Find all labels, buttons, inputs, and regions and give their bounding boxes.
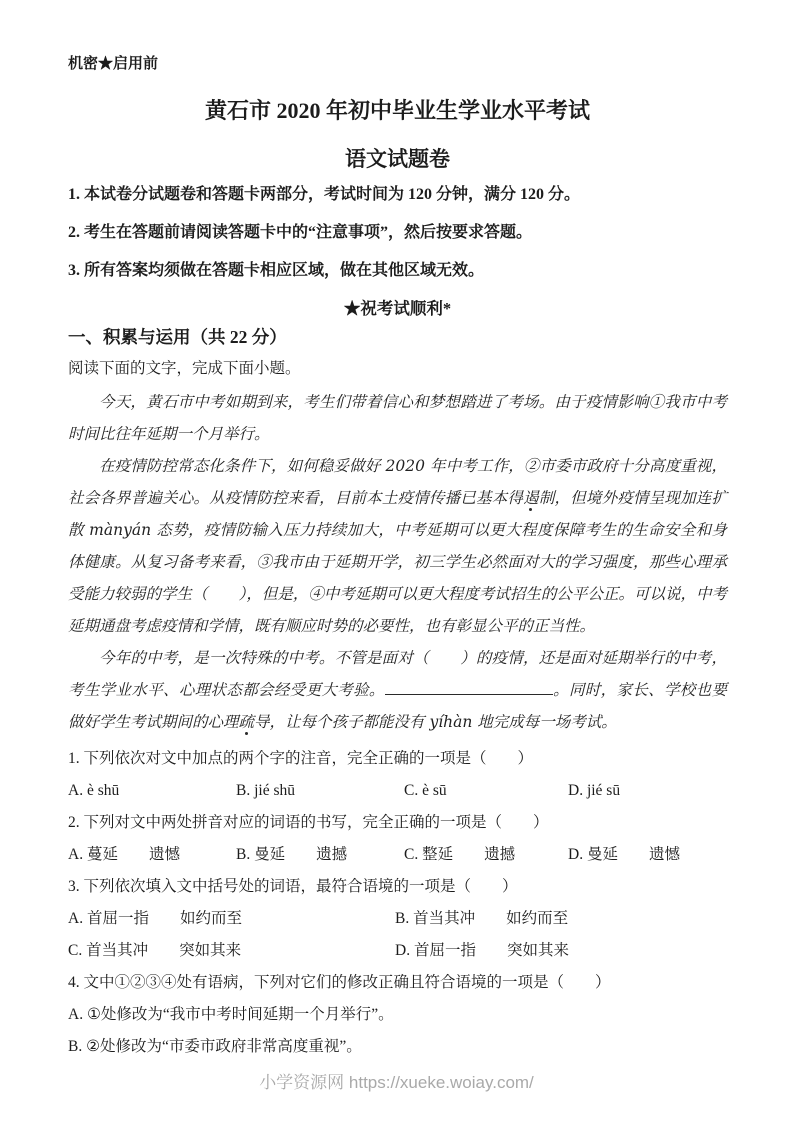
question-1-stem: 1. 下列依次对文中加点的两个字的注音，完全正确的一项是（ ） <box>68 748 727 770</box>
exam-title: 黄石市 2020 年初中毕业生学业水平考试 <box>68 96 727 126</box>
exam-instructions: 1. 本试卷分试题卷和答题卡两部分，考试时间为 120 分钟，满分 120 分。… <box>68 184 727 282</box>
exam-paper-page: 机密★启用前 黄石市 2020 年初中毕业生学业水平考试 语文试题卷 1. 本试… <box>0 0 793 1122</box>
question-1-option-c: C. è sū <box>404 780 568 802</box>
question-2-option-b: B. 曼延 遗撼 <box>236 844 404 866</box>
question-2-option-a: A. 蔓延 遗憾 <box>68 844 236 866</box>
dotted-char-e: 遏 <box>523 489 539 507</box>
answer-blank <box>385 679 553 695</box>
question-1-option-d: D. jié sū <box>568 780 727 802</box>
question-1-option-b: B. jié shū <box>236 780 404 802</box>
instruction-line-1: 1. 本试卷分试题卷和答题卡两部分，考试时间为 120 分钟，满分 120 分。 <box>68 184 727 206</box>
question-1-option-a: A. è shū <box>68 780 236 802</box>
question-2-stem: 2. 下列对文中两处拼音对应的词语的书写，完全正确的一项是（ ） <box>68 812 727 834</box>
dotted-char-shu: 疏 <box>239 713 255 731</box>
instruction-line-3: 3. 所有答案均须做在答题卡相应区域，做在其他区域无效。 <box>68 260 727 282</box>
section-heading: 一、积累与运用（共 22 分） <box>68 326 727 348</box>
question-1-options: A. è shū B. jié shū C. è sū D. jié sū <box>68 780 727 802</box>
question-3-option-c: C. 首当其冲 突如其来 <box>68 940 395 962</box>
question-3-stem: 3. 下列依次填入文中括号处的词语，最符合语境的一项是（ ） <box>68 876 727 898</box>
question-4-stem: 4. 文中①②③④处有语病，下列对它们的修改正确且符合语境的一项是（ ） <box>68 972 727 994</box>
passage-paragraph-3: 今年的中考，是一次特殊的中考。不管是面对（ ）的疫情，还是面对延期举行的中考，考… <box>68 642 727 738</box>
question-2-options: A. 蔓延 遗憾 B. 曼延 遗撼 C. 整延 遗撼 D. 曼延 遗憾 <box>68 844 727 866</box>
question-4-option-a: A. ①处修改为“我市中考时间延期一个月举行”。 <box>68 1004 727 1026</box>
confidential-label: 机密★启用前 <box>68 54 727 74</box>
passage-paragraph-1: 今天，黄石市中考如期到来，考生们带着信心和梦想踏进了考场。由于疫情影响①我市中考… <box>68 386 727 450</box>
question-3-option-a: A. 首屈一指 如约而至 <box>68 908 395 930</box>
passage-text: 制，但境外疫情呈现加连扩散 mànyán 态势，疫情防输入压力持续加大，中考延期… <box>68 489 727 635</box>
question-2-option-d: D. 曼延 遗憾 <box>568 844 727 866</box>
footer-watermark: 小学资源网 https://xueke.woiay.com/ <box>0 1072 793 1094</box>
passage-lead-in: 阅读下面的文字，完成下面小题。 <box>68 359 727 379</box>
question-3-options-row-2: C. 首当其冲 突如其来 D. 首屈一指 突如其来 <box>68 940 727 962</box>
passage-text: 导，让每个孩子都能没有 yíhàn 地完成每一场考试。 <box>254 713 617 731</box>
good-luck-line: ★祝考试顺利* <box>68 298 727 320</box>
instruction-line-2: 2. 考生在答题前请阅读答题卡中的“注意事项”，然后按要求答题。 <box>68 222 727 244</box>
question-3-option-b: B. 首当其冲 如约而至 <box>395 908 727 930</box>
passage-text: 今天，黄石市中考如期到来，考生们带着信心和梦想踏进了考场。由于疫情影响①我市中考… <box>68 393 727 443</box>
passage-paragraph-2: 在疫情防控常态化条件下，如何稳妥做好 2020 年中考工作，②市委市政府十分高度… <box>68 450 727 642</box>
question-4-option-b: B. ②处修改为“市委市政府非常高度重视”。 <box>68 1036 727 1058</box>
paper-subtitle: 语文试题卷 <box>68 144 727 174</box>
question-2-option-c: C. 整延 遗撼 <box>404 844 568 866</box>
question-3-options-row-1: A. 首屈一指 如约而至 B. 首当其冲 如约而至 <box>68 908 727 930</box>
question-3-option-d: D. 首屈一指 突如其来 <box>395 940 727 962</box>
